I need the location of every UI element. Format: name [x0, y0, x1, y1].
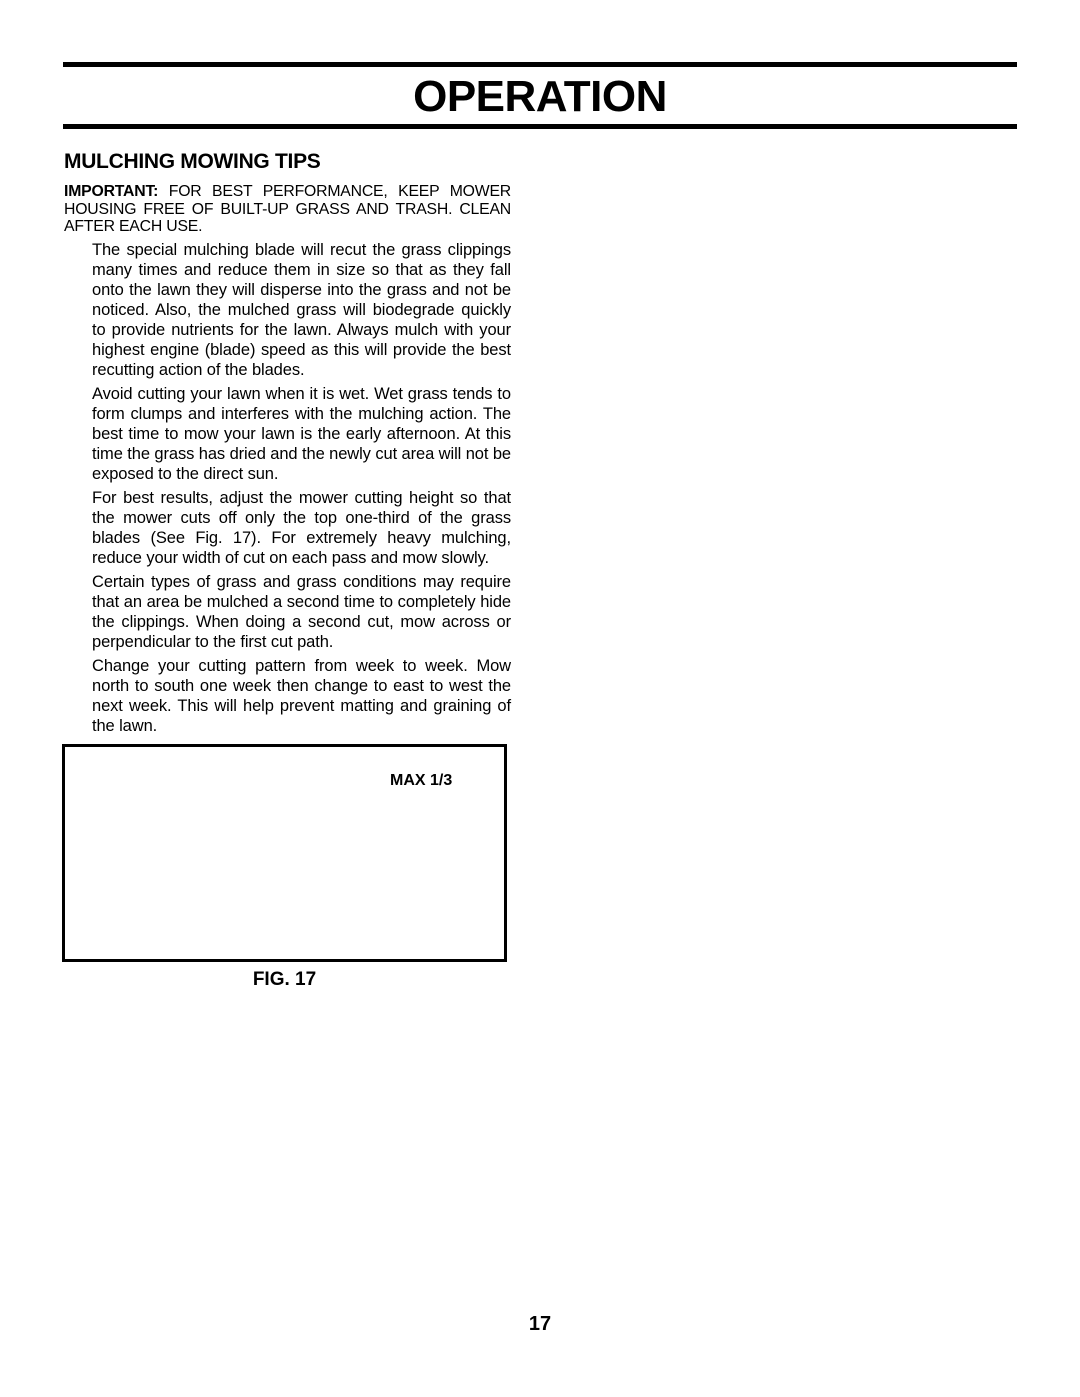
- page-title: OPERATION: [63, 74, 1017, 120]
- manual-page: OPERATION MULCHING MOWING TIPS IMPORTANT…: [0, 0, 1080, 1397]
- important-label: IMPORTANT:: [64, 183, 158, 200]
- header-rule-top: [63, 62, 1017, 67]
- body-paragraph: Change your cutting pattern from week to…: [64, 656, 511, 736]
- body-paragraph: Certain types of grass and grass conditi…: [64, 572, 511, 652]
- body-paragraph: Avoid cutting your lawn when it is wet. …: [64, 384, 511, 484]
- header-rule-bottom: [63, 124, 1017, 129]
- section-heading: MULCHING MOWING TIPS: [64, 150, 511, 174]
- body-paragraph: The special mulching blade will recut th…: [64, 240, 511, 380]
- figure-box: MAX 1/3: [62, 744, 507, 962]
- figure-max-label: MAX 1/3: [390, 772, 452, 790]
- page-number: 17: [0, 1313, 1080, 1336]
- figure-caption: FIG. 17: [62, 969, 507, 991]
- text-column: MULCHING MOWING TIPS IMPORTANT: FOR BEST…: [64, 150, 511, 991]
- body-paragraph: For best results, adjust the mower cutti…: [64, 488, 511, 568]
- important-paragraph: IMPORTANT: FOR BEST PERFORMANCE, KEEP MO…: [64, 183, 511, 236]
